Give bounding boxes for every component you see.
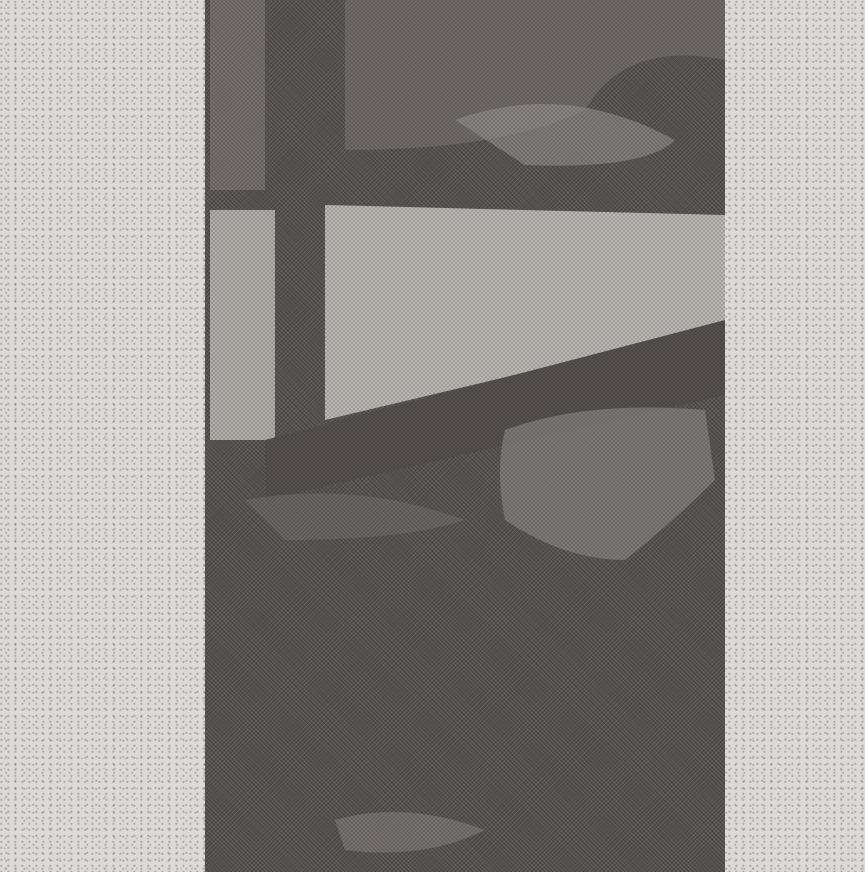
woven-fabric-strip <box>205 0 725 872</box>
fabric-pattern <box>205 0 725 872</box>
